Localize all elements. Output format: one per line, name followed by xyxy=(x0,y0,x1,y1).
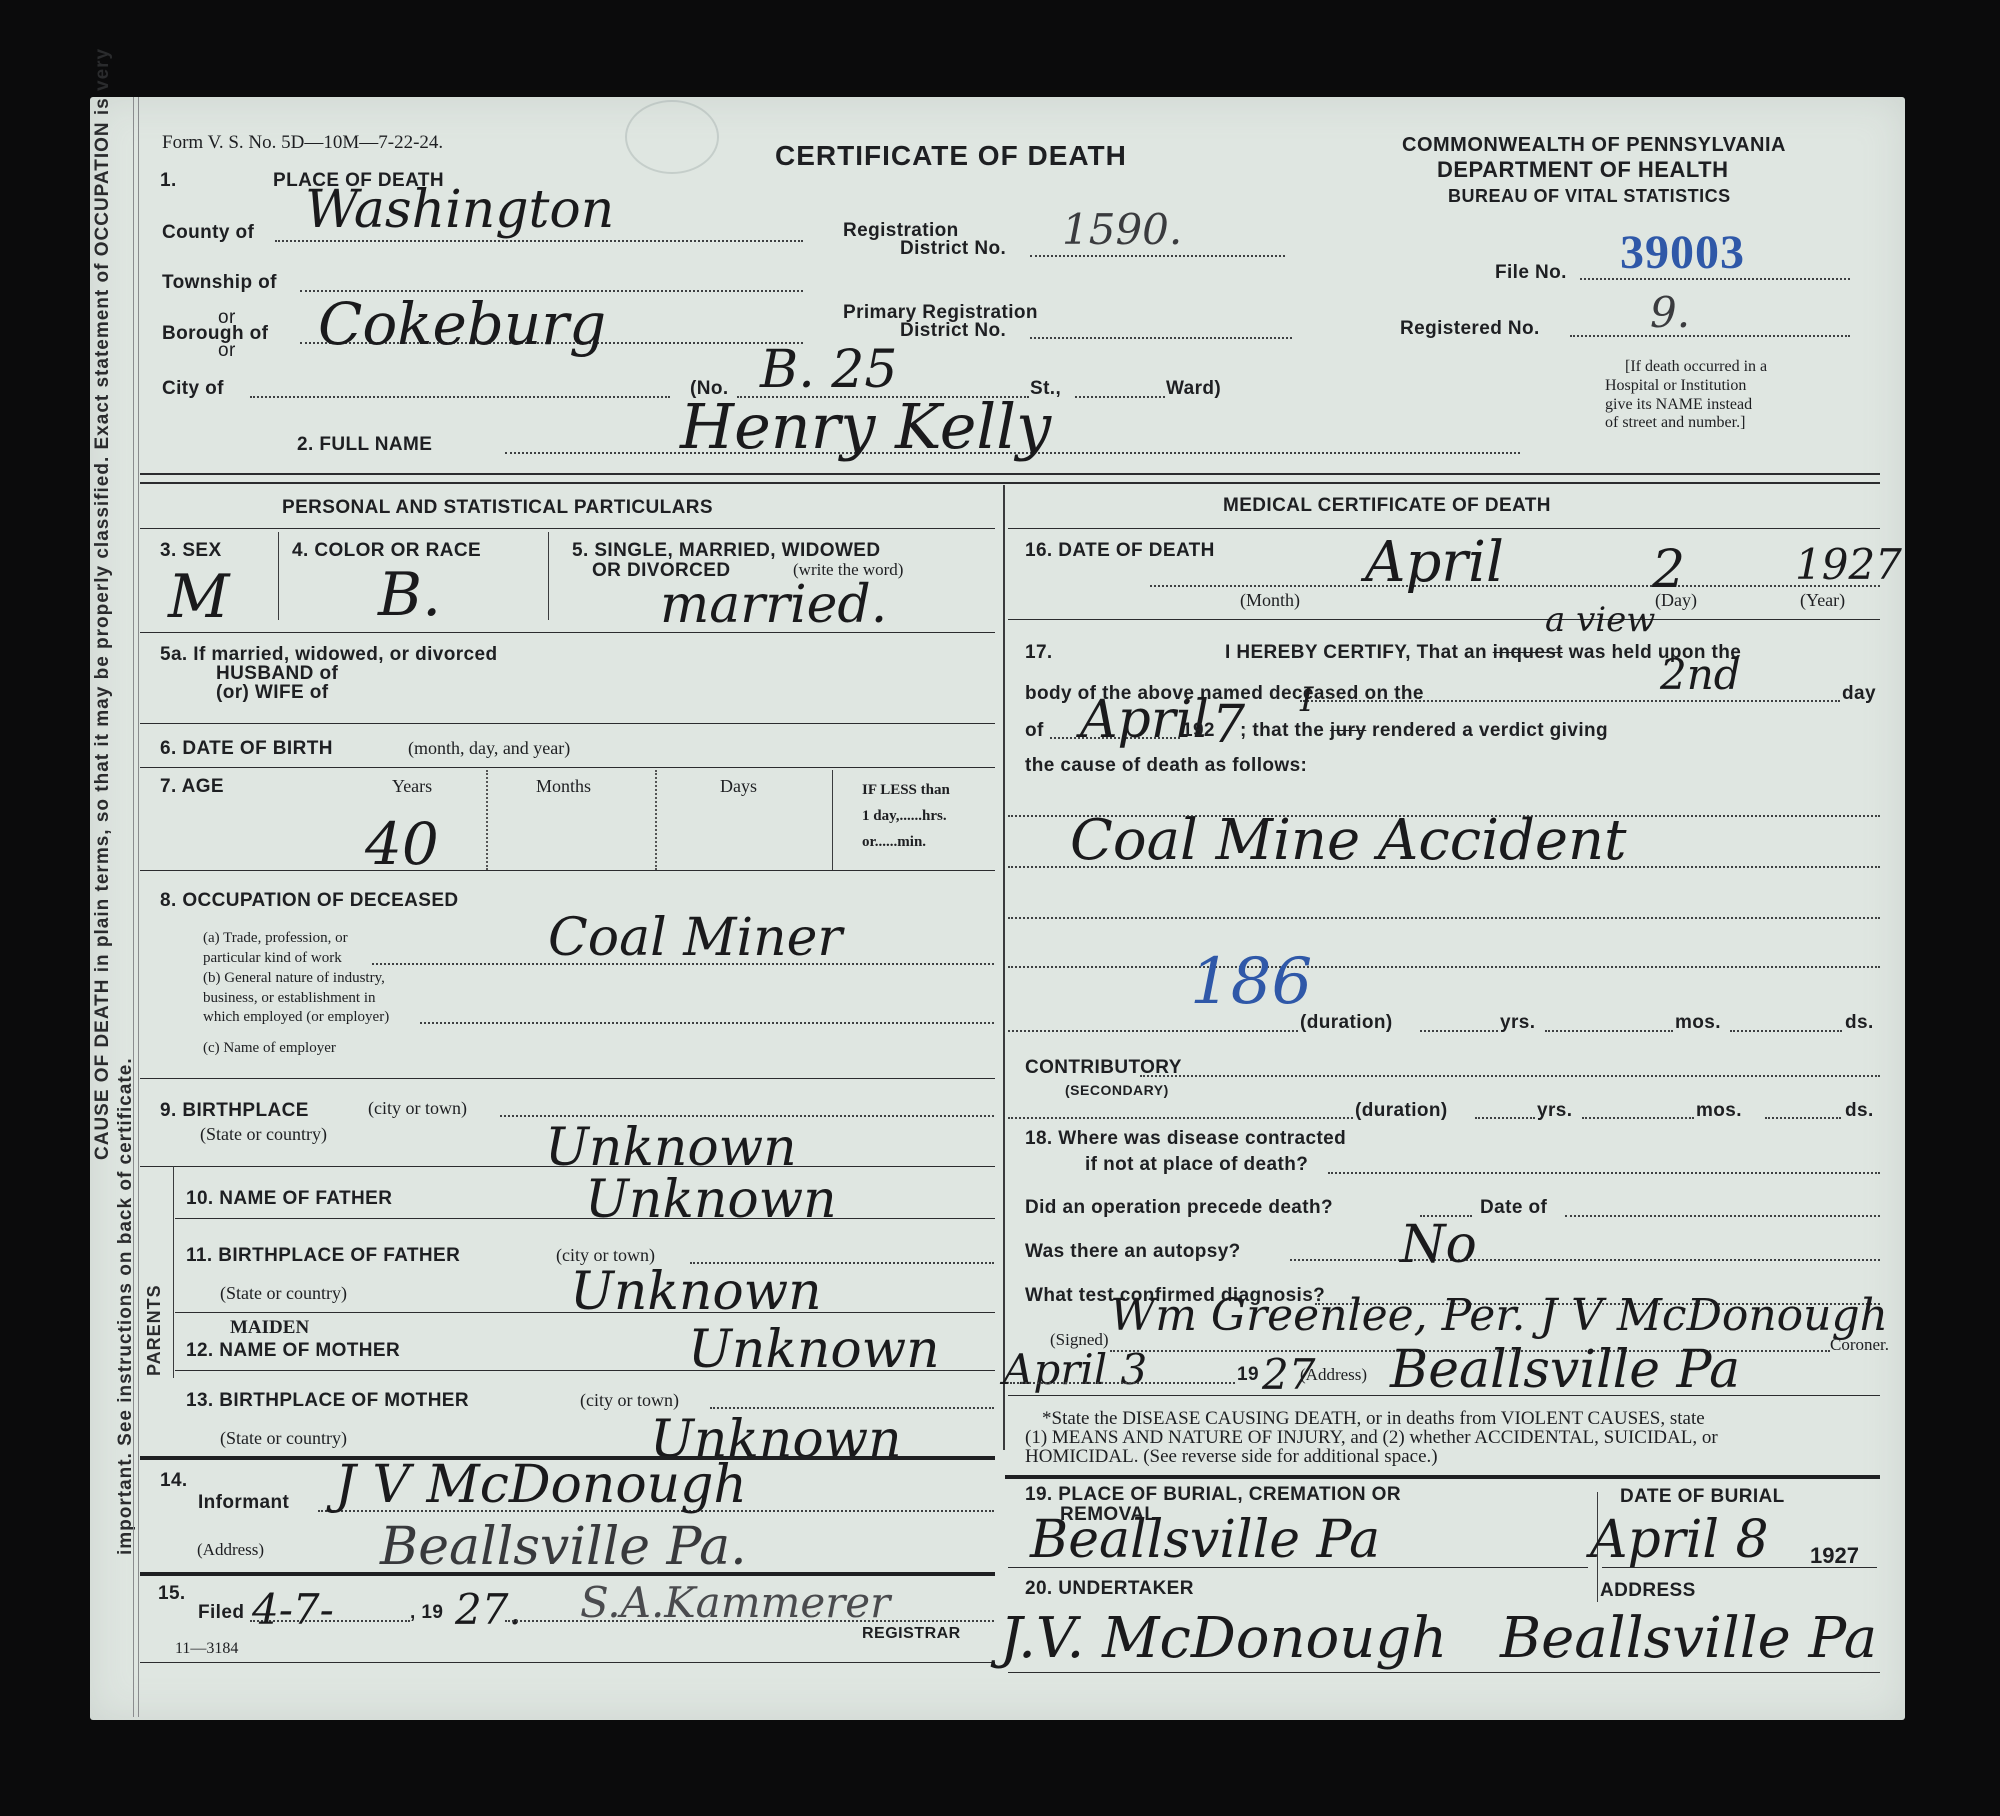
duration-mos-line-1 xyxy=(1545,1030,1673,1032)
full-name-value[interactable]: Henry Kelly xyxy=(680,390,1051,463)
informant-address-label: (Address) xyxy=(197,1540,264,1560)
autopsy-line xyxy=(1290,1259,1880,1261)
city-label: City of xyxy=(162,378,224,400)
certify-text-3a: ; that the xyxy=(1240,720,1324,741)
section-15-number: 15. xyxy=(158,1583,186,1605)
birthplace-value[interactable]: Unknown xyxy=(545,1118,797,1178)
ds-label-2: ds. xyxy=(1845,1100,1874,1122)
age-divider-3 xyxy=(832,770,833,870)
city-line xyxy=(250,396,670,398)
dob-label: 6. DATE OF BIRTH xyxy=(160,738,333,760)
certify-day-value[interactable]: 2nd xyxy=(1660,650,1741,699)
occupation-a-value[interactable]: Coal Miner xyxy=(548,908,842,968)
burial-date-label: DATE OF BURIAL xyxy=(1620,1486,1785,1508)
yrs-label-2: yrs. xyxy=(1537,1100,1572,1122)
header-rule-1 xyxy=(140,473,1880,475)
hospital-note-2: Hospital or Institution xyxy=(1605,377,1746,395)
q18-line xyxy=(1328,1172,1880,1174)
rule-bottom-left xyxy=(140,1662,995,1663)
sex-race-divider xyxy=(278,532,279,620)
certify-struck-jury: jury xyxy=(1330,720,1366,741)
undertaker-value[interactable]: J.V. McDonough xyxy=(1000,1606,1447,1671)
rule-dob-row xyxy=(140,767,995,768)
less-than-3: or......min. xyxy=(862,834,926,851)
birthplace-label: 9. BIRTHPLACE xyxy=(160,1100,309,1122)
informant-label: Informant xyxy=(198,1492,289,1514)
rule-undertaker xyxy=(1008,1672,1880,1673)
age-label: 7. AGE xyxy=(160,776,224,798)
or-label-2: or xyxy=(218,340,236,362)
sign-year-prefix: 19 xyxy=(1237,1364,1259,1386)
rule-personal-heading xyxy=(140,528,995,529)
occupation-b-1: (b) General nature of industry, xyxy=(203,970,385,987)
date-of-death-line xyxy=(1150,585,1880,587)
sex-label: 3. SEX xyxy=(160,540,222,562)
father-birthplace-value[interactable]: Unknown xyxy=(570,1262,822,1322)
county-line xyxy=(275,240,803,242)
hospital-note-1: [If death occurred in a xyxy=(1625,358,1767,376)
birthplace-state-hint: (State or country) xyxy=(200,1124,327,1145)
certify-of-label: of xyxy=(1025,720,1044,742)
rule-burial-date xyxy=(1602,1567,1877,1568)
print-code: 11—3184 xyxy=(175,1640,238,1658)
mother-birthplace-city-hint: (city or town) xyxy=(580,1390,679,1411)
rule-section-15-top xyxy=(140,1572,995,1576)
duration-mos-line-2 xyxy=(1582,1117,1694,1119)
less-than-1: IF LESS than xyxy=(862,782,950,799)
full-name-label: 2. FULL NAME xyxy=(297,434,432,456)
column-divider xyxy=(1003,485,1005,1450)
issuer-bureau: BUREAU OF VITAL STATISTICS xyxy=(1448,186,1731,207)
rule-mother-name xyxy=(175,1370,995,1371)
certify-text-4: the cause of death as follows: xyxy=(1025,755,1307,777)
rule-age-row xyxy=(140,870,995,871)
certify-text-3b: rendered a verdict giving xyxy=(1372,720,1608,741)
mos-label-2: mos. xyxy=(1696,1100,1742,1122)
primary-registration-label-2: District No. xyxy=(900,320,1006,342)
operation-label: Did an operation precede death? xyxy=(1025,1197,1333,1219)
age-months-label: Months xyxy=(536,776,591,797)
registered-no-label: Registered No. xyxy=(1400,318,1540,340)
cause-of-death-value[interactable]: Coal Mine Accident xyxy=(1070,808,1627,873)
certify-year-prefix: 192 xyxy=(1182,720,1215,742)
sign-address-label: (Address) xyxy=(1300,1365,1367,1385)
duration-yrs-line-1 xyxy=(1420,1030,1498,1032)
filed-year-value[interactable]: 27. xyxy=(455,1585,522,1634)
personal-heading: PERSONAL AND STATISTICAL PARTICULARS xyxy=(282,497,713,519)
ward-line xyxy=(1075,396,1165,398)
rule-signature xyxy=(1008,1395,1880,1396)
certificate-title: CERTIFICATE OF DEATH xyxy=(775,140,1127,172)
occupation-label: 8. OCCUPATION OF DECEASED xyxy=(160,890,459,912)
cause-line-2 xyxy=(1008,866,1880,868)
rule-date-of-death xyxy=(1008,619,1880,620)
primary-registration-line xyxy=(1030,337,1292,339)
contributory-line xyxy=(1140,1075,1880,1077)
certify-day-label: day xyxy=(1842,683,1876,705)
certify-text-1a: I HEREBY CERTIFY, That an xyxy=(1225,642,1487,663)
duration-line-1 xyxy=(1008,1030,1298,1032)
duration-label-2: (duration) xyxy=(1355,1100,1448,1122)
father-name-value[interactable]: Unknown xyxy=(585,1170,837,1230)
registration-district-value[interactable]: 1590. xyxy=(1062,205,1182,254)
registration-district-line xyxy=(1030,255,1285,257)
mother-name-value[interactable]: Unknown xyxy=(688,1320,940,1380)
parents-label: PARENTS xyxy=(144,1284,165,1376)
mother-birthplace-label: 13. BIRTHPLACE OF MOTHER xyxy=(186,1390,469,1412)
cause-line-4 xyxy=(1008,966,1880,968)
rule-sex-row xyxy=(140,632,995,633)
duration-ds-line-2 xyxy=(1765,1117,1841,1119)
mother-birthplace-line xyxy=(710,1407,994,1409)
duration-label-1: (duration) xyxy=(1300,1012,1393,1034)
age-divider-2 xyxy=(655,770,657,870)
coroner-label: Coroner. xyxy=(1830,1335,1889,1355)
registration-district-label-2: District No. xyxy=(900,238,1006,260)
parents-divider xyxy=(173,1166,174,1378)
certify-insert-i[interactable]: I xyxy=(1300,680,1313,720)
rule-medical-heading xyxy=(1008,528,1880,529)
section-14-number: 14. xyxy=(160,1470,188,1492)
footnote-3: HOMICIDAL. (See reverse side for additio… xyxy=(1025,1446,1438,1468)
section-17-number: 17. xyxy=(1025,642,1053,664)
occupation-b-line xyxy=(420,1022,994,1024)
borough-label: Borough of xyxy=(162,323,268,345)
registrar-signature[interactable]: S.A.Kammerer xyxy=(580,1578,890,1627)
duration-yrs-line-2 xyxy=(1475,1117,1535,1119)
day-caption: (Day) xyxy=(1655,590,1697,611)
cause-line-3 xyxy=(1008,917,1880,919)
q18-label-1: 18. Where was disease contracted xyxy=(1025,1128,1346,1150)
filed-year-prefix: , 19 xyxy=(410,1602,443,1624)
duration-ds-line-1 xyxy=(1730,1030,1842,1032)
burial-place-value[interactable]: Beallsville Pa xyxy=(1030,1510,1380,1570)
dob-hint: (month, day, and year) xyxy=(408,738,570,759)
mother-birthplace-state-hint: (State or country) xyxy=(220,1428,347,1449)
undertaker-address-label: ADDRESS xyxy=(1600,1580,1696,1602)
sign-address-value[interactable]: Beallsville Pa xyxy=(1390,1340,1740,1400)
spouse-label-3: (or) WIFE of xyxy=(216,682,328,704)
year-caption: (Year) xyxy=(1800,590,1845,611)
sidebar-instructions-line1: CAUSE OF DEATH in plain terms, so that i… xyxy=(92,48,114,1160)
file-no-value: 39003 xyxy=(1620,225,1745,280)
sidebar-divider xyxy=(133,97,134,1717)
undertaker-label: 20. UNDERTAKER xyxy=(1025,1578,1194,1600)
ds-label-1: ds. xyxy=(1845,1012,1874,1034)
age-years-value[interactable]: 40 xyxy=(365,810,439,878)
rule-burial-place xyxy=(1008,1567,1588,1568)
father-birthplace-state-hint: (State or country) xyxy=(220,1283,347,1304)
faint-stamp-mark xyxy=(625,100,719,174)
father-name-label: 10. NAME OF FATHER xyxy=(186,1188,392,1210)
hospital-note-3: give its NAME instead xyxy=(1605,396,1752,414)
sign-date-line xyxy=(1010,1382,1235,1384)
death-year-value[interactable]: 1927 xyxy=(1795,540,1902,589)
occupation-b-3: which employed (or employer) xyxy=(203,1009,389,1026)
autopsy-value[interactable]: No xyxy=(1400,1215,1477,1275)
mother-name-label: 12. NAME OF MOTHER xyxy=(186,1340,400,1362)
sign-date-value[interactable]: April 3 xyxy=(1003,1345,1147,1394)
filed-date-value[interactable]: 4-7- xyxy=(252,1585,334,1634)
ward-label: Ward) xyxy=(1166,378,1221,400)
certify-text-3: ; that the jury rendered a verdict givin… xyxy=(1240,720,1608,742)
date-of-death-label: 16. DATE OF DEATH xyxy=(1025,540,1215,562)
file-no-label: File No. xyxy=(1495,262,1567,284)
occupation-a-2: particular kind of work xyxy=(203,950,342,967)
autopsy-label: Was there an autopsy? xyxy=(1025,1241,1241,1263)
birthplace-city-hint: (city or town) xyxy=(368,1098,467,1119)
occupation-b-2: business, or establishment in xyxy=(203,990,376,1007)
month-caption: (Month) xyxy=(1240,590,1300,611)
burial-place-label-1: 19. PLACE OF BURIAL, CREMATION OR xyxy=(1025,1484,1401,1506)
race-value[interactable]: B. xyxy=(378,560,441,630)
hospital-note-4: of street and number.] xyxy=(1605,414,1745,432)
certify-insert-a-view[interactable]: a view xyxy=(1545,600,1655,640)
maiden-label: MAIDEN xyxy=(230,1317,309,1339)
registrar-label: REGISTRAR xyxy=(862,1625,961,1643)
secondary-label: (SECONDARY) xyxy=(1065,1082,1169,1098)
burial-date-value[interactable]: April 8 xyxy=(1590,1510,1769,1570)
informant-value[interactable]: J V McDonough xyxy=(335,1455,747,1515)
header-rule-2 xyxy=(140,482,1880,484)
sidebar-divider-2 xyxy=(138,97,139,1717)
township-label: Township of xyxy=(162,272,277,294)
section-1-number: 1. xyxy=(160,170,177,192)
county-value[interactable]: Washington xyxy=(305,180,614,240)
form-number: Form V. S. No. 5D—10M—7-22-24. xyxy=(162,132,443,154)
occupation-a-1: (a) Trade, profession, or xyxy=(203,930,348,947)
undertaker-address-value[interactable]: Beallsville Pa xyxy=(1500,1606,1877,1671)
race-label: 4. COLOR OR RACE xyxy=(292,540,481,562)
mos-label-1: mos. xyxy=(1675,1012,1721,1034)
rule-spouse-row xyxy=(140,723,995,724)
father-birthplace-label: 11. BIRTHPLACE OF FATHER xyxy=(186,1245,460,1267)
certify-struck-inquest: inquest xyxy=(1493,642,1563,663)
signed-value[interactable]: Wm Greenlee, Per. J V McDonough xyxy=(1110,1290,1888,1341)
burial-year-value: 1927 xyxy=(1810,1543,1859,1569)
occupation-c: (c) Name of employer xyxy=(203,1040,336,1057)
rule-birthplace-row xyxy=(140,1166,995,1167)
duration-line-2 xyxy=(1008,1117,1353,1119)
age-divider-1 xyxy=(486,770,488,870)
q18-label-2: if not at place of death? xyxy=(1085,1154,1308,1176)
filed-label: Filed xyxy=(198,1602,244,1624)
less-than-2: 1 day,......hrs. xyxy=(862,808,947,825)
borough-value[interactable]: Cokeburg xyxy=(318,290,606,358)
sex-value[interactable]: M xyxy=(168,562,229,632)
rule-burial-top xyxy=(1005,1475,1880,1479)
medical-heading: MEDICAL CERTIFICATE OF DEATH xyxy=(1223,495,1551,517)
operation-date-label: Date of xyxy=(1480,1197,1547,1219)
race-marital-divider xyxy=(548,532,549,620)
rule-occupation-row xyxy=(140,1078,995,1079)
registered-no-line xyxy=(1570,335,1850,337)
cause-code-value: 186 xyxy=(1190,945,1312,1019)
issuer-department: DEPARTMENT OF HEALTH xyxy=(1437,157,1729,183)
informant-address-value[interactable]: Beallsville Pa. xyxy=(380,1517,747,1577)
age-days-label: Days xyxy=(720,776,757,797)
age-years-label: Years xyxy=(392,776,432,797)
county-label: County of xyxy=(162,222,254,244)
death-month-value[interactable]: April xyxy=(1365,530,1504,595)
registered-no-value[interactable]: 9. xyxy=(1650,288,1690,337)
yrs-label-1: yrs. xyxy=(1500,1012,1535,1034)
marital-value[interactable]: married. xyxy=(660,575,887,635)
certify-day-line xyxy=(1300,700,1840,702)
issuer-commonwealth: COMMONWEALTH OF PENNSYLVANIA xyxy=(1402,134,1786,157)
rule-father-birthplace xyxy=(175,1312,995,1313)
rule-father-name xyxy=(175,1218,995,1219)
operation-date-line xyxy=(1565,1215,1880,1217)
birthplace-city-line xyxy=(500,1115,994,1117)
marital-label-1: 5. SINGLE, MARRIED, WIDOWED xyxy=(572,540,880,562)
